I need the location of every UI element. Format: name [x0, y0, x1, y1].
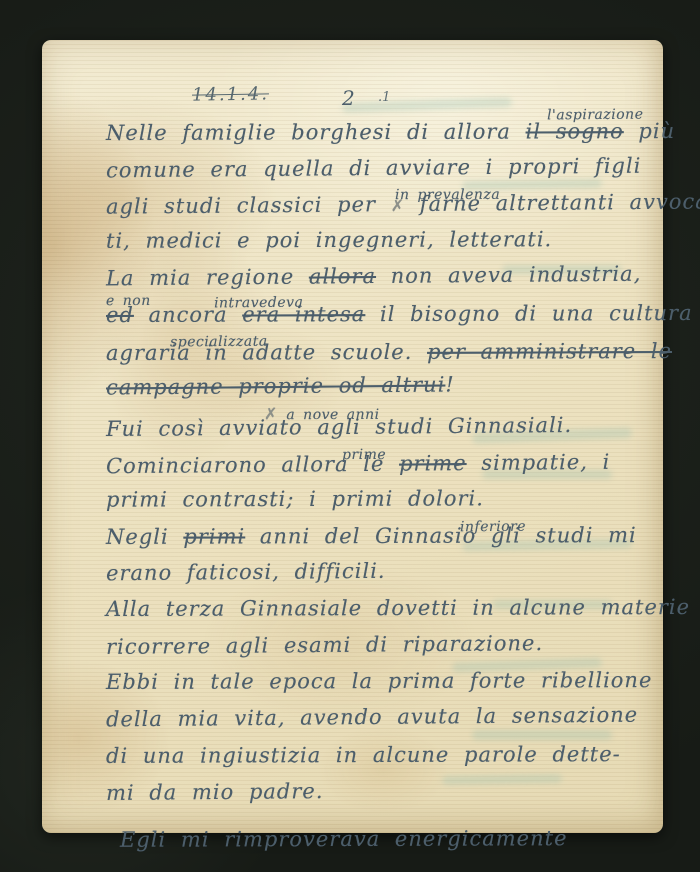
manuscript-line: Fui così avviato agli studi Ginnasiali. — [106, 413, 572, 441]
text-segment: ! — [445, 372, 455, 396]
ink-bleed-mark — [472, 730, 612, 740]
struck-text: ed — [106, 303, 134, 327]
text-segment: Nelle famiglie borghesi di allora — [106, 120, 526, 145]
text-segment: della mia vita, avendo avuta la sensazio… — [106, 703, 638, 732]
struck-text: il sogno — [526, 119, 624, 143]
text-segment: agli studi classici per — [106, 192, 391, 218]
text-segment: agraria in adatte scuole. — [106, 340, 427, 365]
struck-text: allora — [309, 264, 376, 289]
manuscript-line: della mia vita, avendo avuta la sensazio… — [106, 703, 638, 732]
text-segment: non aveva industria, — [376, 262, 641, 288]
text-segment: mi da mio padre. — [106, 779, 324, 805]
manuscript-line: Alla terza Ginnasiale dovetti in alcune … — [106, 595, 690, 621]
pencil-mark: ✗ — [391, 196, 406, 215]
manuscript-line: La mia regione allora non aveva industri… — [106, 262, 642, 291]
manuscript-line: Ebbi in tale epoca la prima forte ribell… — [106, 668, 652, 694]
photo-of-manuscript: { "ink_color": "#4c5e6b", "pencil_color"… — [0, 0, 700, 872]
struck-text: prime — [399, 451, 467, 476]
text-segment: simpatie, i — [466, 450, 610, 475]
manuscript-line: erano faticosi, difficili. — [106, 559, 386, 585]
text-segment: di una ingiustizia in alcune parole dett… — [106, 742, 621, 768]
manuscript-line: Nelle famiglie borghesi di allora il sog… — [106, 119, 675, 145]
text-segment: primi contrasti; i primi dolori. — [106, 486, 484, 511]
ink-bleed-mark — [442, 774, 562, 785]
text-segment: ancora — [134, 303, 242, 327]
text-segment: comune era quella di avviare i propri fi… — [106, 154, 642, 183]
struck-text: per amministrare le — [427, 339, 672, 364]
manuscript-line: comune era quella di avviare i propri fi… — [106, 154, 642, 183]
manuscript-line: ti, medici e poi ingegneri, letterati. — [106, 227, 552, 253]
manuscript-line: agli studi classici per ✗ farne altretta… — [106, 189, 700, 218]
manuscript-line: Cominciarono allora le prime simpatie, i — [106, 450, 610, 478]
text-segment: Fui così avviato agli studi Ginnasiali. — [106, 413, 572, 441]
text-segment: Cominciarono allora le — [106, 452, 399, 479]
manuscript-line: Negli primi anni del Ginnasio gli studi … — [106, 523, 637, 549]
manuscript-line: Egli mi rimproverava energicamente — [120, 826, 568, 852]
text-segment: ricorrere agli esami di riparazione. — [106, 631, 543, 659]
text-segment: erano faticosi, difficili. — [106, 559, 386, 585]
page-number-mark: .1 — [378, 90, 390, 105]
text-segment: più — [624, 119, 675, 143]
text-segment: ti, medici e poi ingegneri, letterati. — [106, 227, 552, 253]
manuscript-line: campagne proprie od altrui! — [106, 372, 455, 399]
manuscript-line: ricorrere agli esami di riparazione. — [106, 631, 543, 659]
text-segment: Egli mi rimproverava energicamente — [120, 826, 568, 852]
manuscript-line: di una ingiustizia in alcune parole dett… — [106, 742, 621, 768]
manuscript-page: 14.1.4. 2 .1 l'aspirazioneNelle famiglie… — [42, 40, 663, 833]
manuscript-line: ed ancora era intesa il bisogno di una c… — [106, 301, 693, 327]
struck-text: campagne proprie od altrui — [106, 373, 446, 400]
manuscript-line: primi contrasti; i primi dolori. — [106, 486, 484, 511]
page-number: 2 — [342, 86, 355, 110]
text-segment: Ebbi in tale epoca la prima forte ribell… — [106, 668, 652, 694]
struck-text: era intesa — [242, 302, 365, 326]
text-segment: Alla terza Ginnasiale dovetti in alcune … — [106, 595, 690, 621]
manuscript-line: agraria in adatte scuole. per amministra… — [106, 339, 672, 365]
ink-bleed-mark — [342, 97, 512, 113]
struck-text: primi — [183, 524, 245, 548]
text-segment: anni del Ginnasio gli studi mi — [245, 523, 637, 548]
text-segment: farne altrettanti avvoca- — [405, 189, 700, 216]
struck-header-note: 14.1.4. — [192, 83, 269, 105]
manuscript-line: mi da mio padre. — [106, 779, 324, 805]
text-segment: il bisogno di una cultura — [365, 301, 692, 326]
text-segment: Negli — [106, 525, 183, 549]
